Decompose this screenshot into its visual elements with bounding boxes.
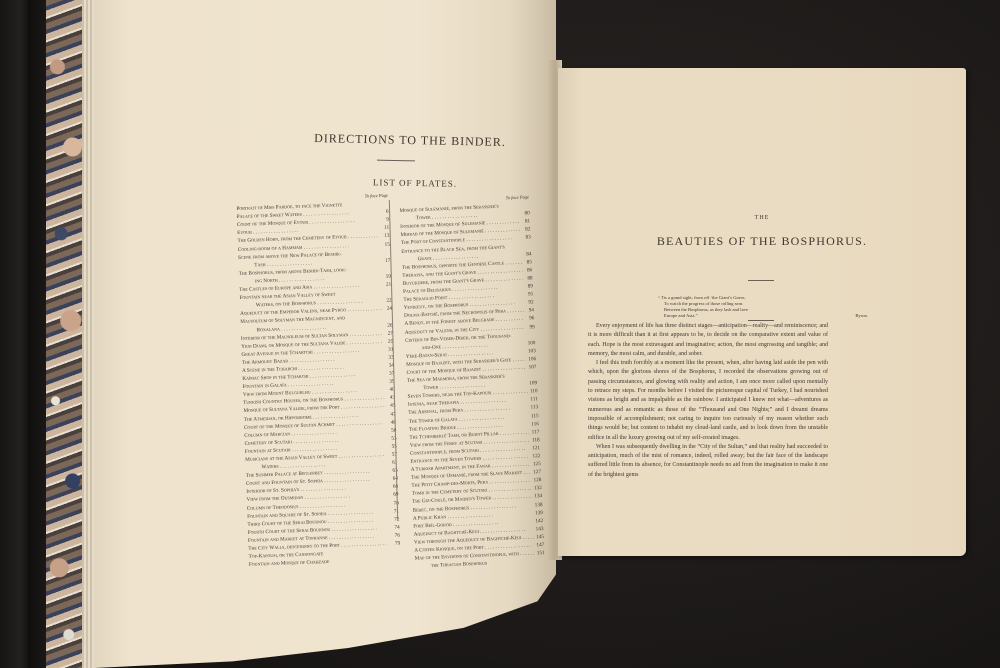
- right-page: THE BEAUTIES OF THE BOSPHORUS. “ Tis a g…: [558, 68, 966, 556]
- plate-list-left: To face Page Portrait of Miss Pardoe, to…: [236, 192, 401, 569]
- paragraph: I feel this truth forcibly at a moment l…: [588, 359, 828, 443]
- pre-title: THE: [558, 215, 966, 221]
- body-text: Every enjoyment of life has three distin…: [588, 322, 828, 480]
- paragraph: Every enjoyment of life has three distin…: [588, 322, 828, 359]
- epigraph: “ Tis a grand sight, from off ‘the Giant…: [658, 295, 868, 319]
- epigraph-line: Europe and Asia.”Byron.: [658, 313, 868, 319]
- page-edges: [82, 0, 96, 668]
- marbled-endpaper: [46, 0, 84, 668]
- plate-page: [391, 556, 401, 564]
- book-cover-board: [0, 0, 28, 668]
- plate-page: [535, 557, 545, 566]
- book-title: BEAUTIES OF THE BOSPHORUS.: [558, 234, 966, 249]
- divider: [748, 320, 774, 321]
- plate-list-right: To face Page Mosque of Sulemanië, from t…: [399, 193, 545, 571]
- book-cover-edge: [28, 0, 48, 668]
- epigraph-attribution: Byron.: [855, 313, 868, 319]
- divider: [748, 280, 774, 281]
- paragraph: When I was subsequently dwelling in the …: [588, 443, 828, 480]
